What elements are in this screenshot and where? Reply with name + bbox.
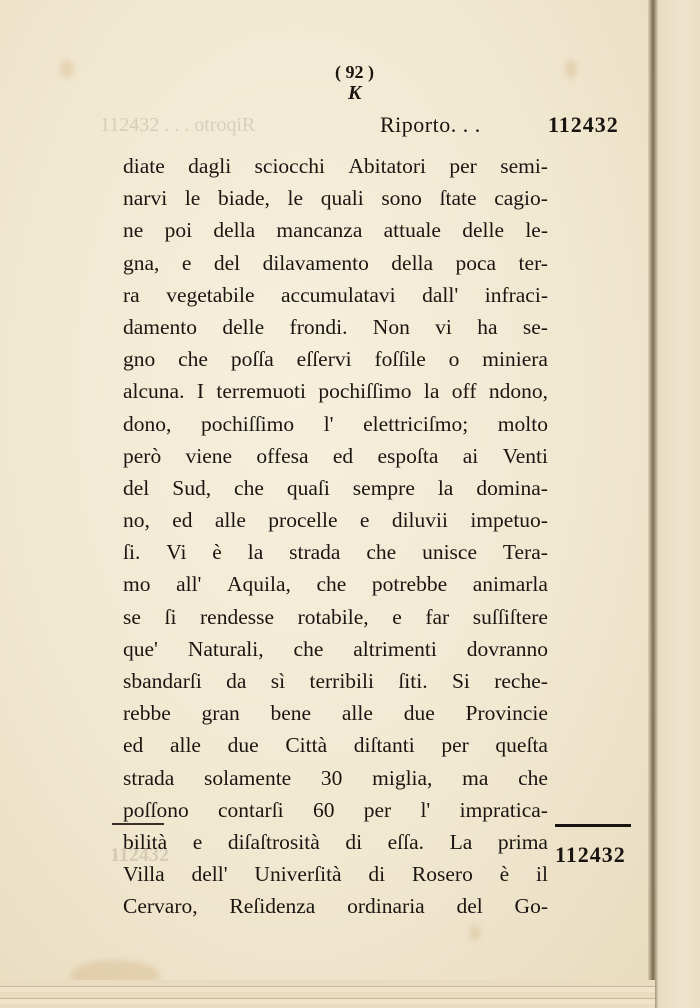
gutter-shadow bbox=[648, 0, 658, 1008]
text-line: ravegetabileaccumulatavidall'infraci- bbox=[123, 279, 548, 311]
carry-forward-label: Riporto. . . bbox=[380, 112, 481, 138]
total-value: 112432 bbox=[555, 842, 626, 868]
text-line: diatedaglisciocchiAbitatoripersemi- bbox=[123, 150, 548, 182]
page-stack-edges bbox=[0, 980, 655, 1008]
text-line: Villadell'UniverſitàdiRoseroèil bbox=[123, 858, 548, 890]
body-text: diatedaglisciocchiAbitatoripersemi-narvi… bbox=[123, 150, 548, 923]
text-line: moall'Aquila,chepotrebbeanimarla bbox=[123, 568, 548, 600]
text-line: poſſonocontarſi60perl'impratica- bbox=[123, 794, 548, 826]
footer-rule-right bbox=[555, 824, 631, 827]
text-line: sbandarſidasìterribiliſiti.Sireche- bbox=[123, 665, 548, 697]
text-line: no,edalleprocelleediluviiimpetuo- bbox=[123, 504, 548, 536]
text-line: delSud,chequaſisempreladomina- bbox=[123, 472, 548, 504]
text-line: ſi.VièlastradacheunisceTera- bbox=[123, 536, 548, 568]
foxing-stain bbox=[565, 60, 577, 78]
text-line: alcuna.Iterremuotipochiſſimolaoffndono, bbox=[123, 375, 548, 407]
text-line: nepoidellamancanzaattualedellele- bbox=[123, 214, 548, 246]
adjacent-page-edge bbox=[658, 0, 700, 1008]
footer-rule-left bbox=[112, 823, 164, 825]
page-number: ( 92 ) bbox=[335, 62, 374, 83]
foxing-stain bbox=[60, 60, 74, 78]
text-line: rebbegranbenealledueProvincie bbox=[123, 697, 548, 729]
bleed-through-header: 112432 . . . otroqiR bbox=[100, 114, 255, 137]
signature-mark: K bbox=[348, 82, 361, 105]
text-line: damentodellefrondi.Nonvihase- bbox=[123, 311, 548, 343]
text-line: gna,edeldilavamentodellapocater- bbox=[123, 247, 548, 279]
text-line: Cervaro,ReſidenzaordinariadelGo- bbox=[123, 890, 548, 922]
text-line: gnochepoſſaeſſervifoſſileominiera bbox=[123, 343, 548, 375]
text-line: bilitàediſaſtrositàdieſſa.Laprima bbox=[123, 826, 548, 858]
text-line: peròvieneoffesaedespoſtaaiVenti bbox=[123, 440, 548, 472]
carry-forward-value: 112432 bbox=[548, 112, 619, 138]
foxing-stain bbox=[470, 925, 480, 941]
text-line: stradasolamente30miglia,mache bbox=[123, 762, 548, 794]
text-line: dono,pochiſſimol'elettriciſmo;molto bbox=[123, 408, 548, 440]
text-line: narvilebiade,lequalisonoſtatecagio- bbox=[123, 182, 548, 214]
text-line: seſirendesserotabile,efarsuſſiſtere bbox=[123, 601, 548, 633]
book-page: 112432 . . . otroqiR 112432 ( 92 ) K Rip… bbox=[0, 0, 655, 985]
text-line: que'Naturali,chealtrimentidovranno bbox=[123, 633, 548, 665]
text-line: edalledueCittàdiſtantiperqueſta bbox=[123, 729, 548, 761]
